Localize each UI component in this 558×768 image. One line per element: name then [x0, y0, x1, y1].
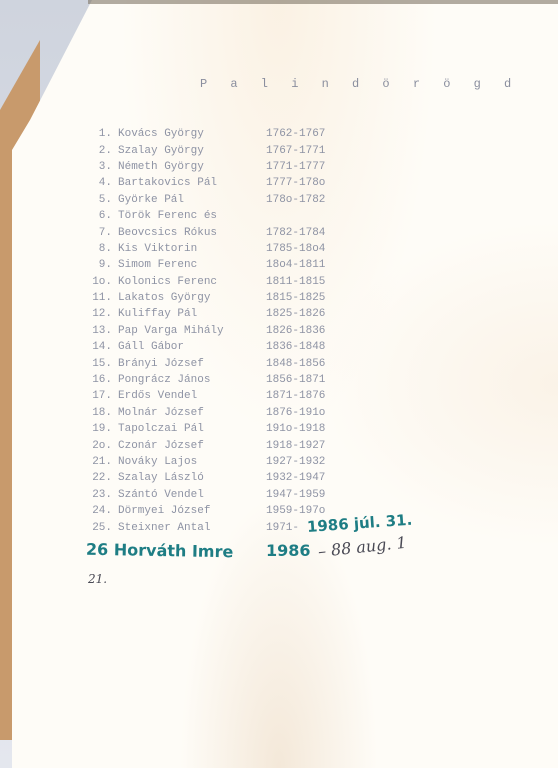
entry-name: Kolonics Ferenc [118, 276, 266, 288]
entry-name: Erdős Vendel [118, 390, 266, 402]
entry-years: 1876-191o [266, 407, 366, 419]
list-item: 23.Szántó Vendel1947-1959 [84, 487, 384, 503]
entry-years: 1932-1947 [266, 472, 366, 484]
entry-number: 24. [84, 505, 112, 517]
entry-name: Németh György [118, 161, 266, 173]
entry-years: 1836-1848 [266, 341, 366, 353]
entry-number: 22. [84, 472, 112, 484]
entry-name: Kuliffay Pál [118, 308, 266, 320]
priest-list: 1.Kovács György1762-17672.Szalay György1… [84, 126, 384, 536]
list-item: 2o.Czonár József1918-1927 [84, 437, 384, 453]
entry-years: 1767-1771 [266, 145, 366, 157]
entry-number: 7. [84, 227, 112, 239]
entry-number: 8. [84, 243, 112, 255]
list-item: 16.Pongrácz János1856-1871 [84, 372, 384, 388]
entry-number: 2o. [84, 440, 112, 452]
entry-name: Dörmyei József [118, 505, 266, 517]
entry-name: Pap Varga Mihály [118, 325, 266, 337]
entry-number: 21. [84, 456, 112, 468]
list-item: 15.Brányi József1848-1856 [84, 355, 384, 371]
list-item: 19.Tapolczai Pál191o-1918 [84, 421, 384, 437]
entry-name: Györke Pál [118, 194, 266, 206]
list-item: 21.Nováky Lajos1927-1932 [84, 454, 384, 470]
entry-name: Czonár József [118, 440, 266, 452]
entry-years: 1782-1784 [266, 227, 366, 239]
list-item: 11.Lakatos György1815-1825 [84, 290, 384, 306]
entry-number: 25. [84, 522, 112, 534]
entry-name: Molnár József [118, 407, 266, 419]
entry-number: 4. [84, 177, 112, 189]
entry-years: 1918-1927 [266, 440, 366, 452]
entry-number: 13. [84, 325, 112, 337]
document-title: P a l i n d ö r ö g d [200, 77, 519, 91]
entry-years: 1811-1815 [266, 276, 366, 288]
entry-years: 1815-1825 [266, 292, 366, 304]
entry-number: 11. [84, 292, 112, 304]
entry-name: Szántó Vendel [118, 489, 266, 501]
entry-years: 178o-1782 [266, 194, 366, 206]
list-item: 7.Beovcsics Rókus1782-1784 [84, 224, 384, 240]
entry-number: 12. [84, 308, 112, 320]
entry-name: Pongrácz János [118, 374, 266, 386]
entry-number: 15. [84, 358, 112, 370]
list-item: 2.Szalay György1767-1771 [84, 142, 384, 158]
entry-name: Beovcsics Rókus [118, 227, 266, 239]
list-item: 4.Bartakovics Pál1777-178o [84, 175, 384, 191]
entry-years: 18o4-1811 [266, 259, 366, 271]
entry-years: 1856-1871 [266, 374, 366, 386]
list-item: 13.Pap Varga Mihály1826-1836 [84, 323, 384, 339]
list-item: 1.Kovács György1762-1767 [84, 126, 384, 142]
entry-years: 1871-1876 [266, 390, 366, 402]
entry-name: Simom Ferenc [118, 259, 266, 271]
entry-number: 5. [84, 194, 112, 206]
list-item: 14.Gáll Gábor1836-1848 [84, 339, 384, 355]
list-item: 12.Kuliffay Pál1825-1826 [84, 306, 384, 322]
entry-years: 1777-178o [266, 177, 366, 189]
entry-years: 1826-1836 [266, 325, 366, 337]
handwritten-entry-26-start: 1986 [266, 541, 311, 560]
entry-name: Brányi József [118, 358, 266, 370]
list-item: 9.Simom Ferenc18o4-1811 [84, 257, 384, 273]
entry-number: 23. [84, 489, 112, 501]
entry-years: 191o-1918 [266, 423, 366, 435]
entry-years: 1848-1856 [266, 358, 366, 370]
entry-number: 14. [84, 341, 112, 353]
entry-number: 2. [84, 145, 112, 157]
entry-years: 1947-1959 [266, 489, 366, 501]
list-item: 1o.Kolonics Ferenc1811-1815 [84, 274, 384, 290]
entry-name: Kovács György [118, 128, 266, 140]
entry-number: 17. [84, 390, 112, 402]
entry-years: 1762-1767 [266, 128, 366, 140]
list-item: 5.Györke Pál178o-1782 [84, 192, 384, 208]
list-item: 8.Kis Viktorin1785-18o4 [84, 241, 384, 257]
top-edge-shadow [88, 0, 558, 4]
entry-number: 3. [84, 161, 112, 173]
list-item: 22.Szalay László1932-1947 [84, 470, 384, 486]
entry-name: Szalay György [118, 145, 266, 157]
entry-name: Kis Viktorin [118, 243, 266, 255]
entry-name: Steixner Antal [118, 522, 266, 534]
entry-number: 16. [84, 374, 112, 386]
entry-name: Gáll Gábor [118, 341, 266, 353]
list-item: 17.Erdős Vendel1871-1876 [84, 388, 384, 404]
pencil-note: 21. [88, 572, 107, 586]
list-item: 18.Molnár József1876-191o [84, 405, 384, 421]
entry-number: 1. [84, 128, 112, 140]
entry-number: 19. [84, 423, 112, 435]
handwritten-entry-26-name: 26 Horváth Imre [86, 540, 234, 562]
entry-years: 1927-1932 [266, 456, 366, 468]
entry-name: Nováky Lajos [118, 456, 266, 468]
list-item: 3.Németh György1771-1777 [84, 159, 384, 175]
entry-number: 18. [84, 407, 112, 419]
entry-name: Török Ferenc és [118, 210, 266, 222]
entry-name: Bartakovics Pál [118, 177, 266, 189]
entry-name: Lakatos György [118, 292, 266, 304]
entry-years: 1771-1777 [266, 161, 366, 173]
list-item: 6.Török Ferenc és [84, 208, 384, 224]
entry-name: Szalay László [118, 472, 266, 484]
entry-number: 1o. [84, 276, 112, 288]
entry-name: Tapolczai Pál [118, 423, 266, 435]
entry-number: 6. [84, 210, 112, 222]
entry-number: 9. [84, 259, 112, 271]
entry-years: 1825-1826 [266, 308, 366, 320]
entry-years: 1785-18o4 [266, 243, 366, 255]
